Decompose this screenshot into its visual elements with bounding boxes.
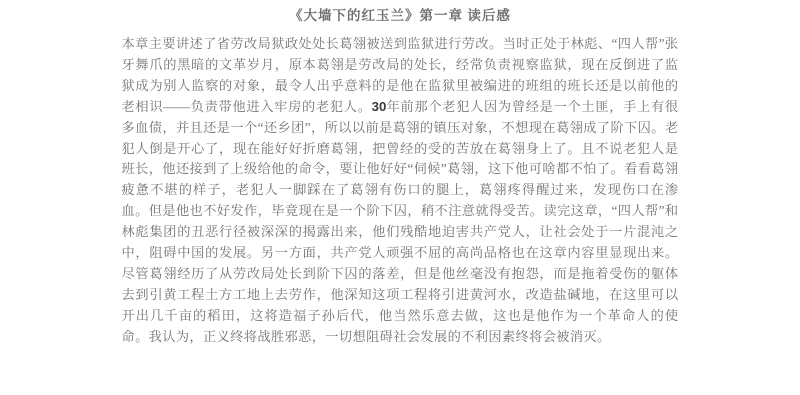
paragraph-bold-number: 30 (372, 99, 387, 114)
paragraph-text-part2: 年前那个老犯人因为曾经是一个土匪，手上有很多血债，并且还是一个“还乡团”，所以以… (122, 99, 679, 344)
essay-title: 《大墙下的红玉兰》第一章 读后感 (122, 8, 679, 24)
essay-paragraph: 本章主要讲述了省劳改局狱政处处长葛翎被送到监狱进行劳改。当时正处于林彪、“四人帮… (122, 34, 679, 348)
essay-page: 《大墙下的红玉兰》第一章 读后感 本章主要讲述了省劳改局狱政处处长葛翎被送到监狱… (0, 0, 800, 395)
